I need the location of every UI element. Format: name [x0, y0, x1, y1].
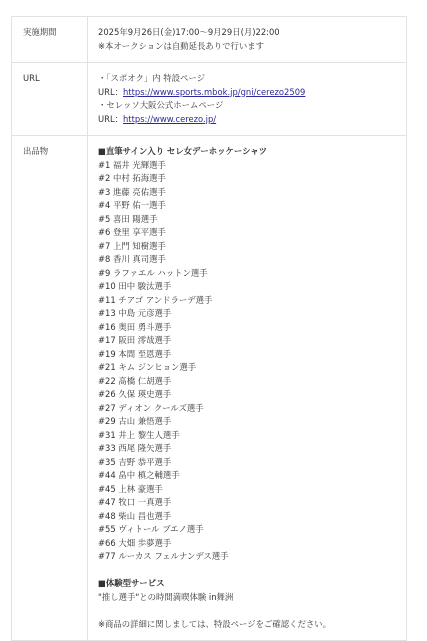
player-item: #35 吉野 恭平選手 [98, 456, 400, 470]
player-item: #16 奥田 勇斗選手 [98, 321, 400, 335]
row-period: 実施期間 2025年9月26日(金)17:00～9月29日(月)22:00 ※本… [12, 17, 407, 63]
period-value: 2025年9月26日(金)17:00～9月29日(月)22:00 ※本オークショ… [88, 17, 407, 63]
player-item: #7 上門 知樹選手 [98, 240, 400, 254]
player-item: #17 阪田 澪哉選手 [98, 334, 400, 348]
spacer [98, 564, 400, 578]
row-items: 出品物 ■直筆サイン入り セレ女デーホッケーシャツ #1 福井 光輝選手#2 中… [12, 136, 407, 641]
player-item: #29 古山 兼悟選手 [98, 415, 400, 429]
player-item: #77 ルーカス フェルナンデス選手 [98, 550, 400, 564]
experience-text: "推し選手"との時間満喫体験 in舞洲 [98, 591, 400, 605]
player-item: #13 中島 元彦選手 [98, 307, 400, 321]
player-item: #31 井上 黎生人選手 [98, 429, 400, 443]
player-item: #9 ラファエル ハットン選手 [98, 267, 400, 281]
player-item: #66 大畑 歩夢選手 [98, 537, 400, 551]
player-item: #21 キム ジンヒョン選手 [98, 361, 400, 375]
items-value: ■直筆サイン入り セレ女デーホッケーシャツ #1 福井 光輝選手#2 中村 拓海… [88, 136, 407, 641]
period-dates: 2025年9月26日(金)17:00～9月29日(月)22:00 [98, 26, 400, 40]
url-prefix: URL： [98, 114, 123, 124]
player-item: #48 柴山 昌也選手 [98, 510, 400, 524]
url-item-title: ・「スポオク」内 特設ページ [98, 72, 400, 86]
period-note: ※本オークションは自動延長ありで行います [98, 40, 400, 54]
link-sports-mbok[interactable]: https://www.sports.mbok.jp/gni/cerezo250… [123, 87, 305, 97]
row-url: URL ・「スポオク」内 特設ページ URL：https://www.sport… [12, 63, 407, 136]
link-cerezo[interactable]: https://www.cerezo.jp/ [123, 114, 216, 124]
player-item: #2 中村 拓海選手 [98, 172, 400, 186]
url-value: ・「スポオク」内 特設ページ URL：https://www.sports.mb… [88, 63, 407, 136]
player-item: #55 ヴィトール ブエノ選手 [98, 523, 400, 537]
player-item: #26 久保 瑛史選手 [98, 388, 400, 402]
player-item: #45 上林 豪選手 [98, 483, 400, 497]
player-item: #22 髙橋 仁胡選手 [98, 375, 400, 389]
details-note: ※商品の詳細に関しましては、特設ページをご確認ください。 [98, 618, 400, 632]
player-item: #3 進藤 亮佑選手 [98, 186, 400, 200]
player-item: #11 チアゴ アンドラーデ選手 [98, 294, 400, 308]
period-label: 実施期間 [12, 17, 88, 63]
player-item: #10 田中 駿汰選手 [98, 280, 400, 294]
player-item: #44 畠中 槙之輔選手 [98, 469, 400, 483]
player-item: #6 登里 享平選手 [98, 226, 400, 240]
url-item-line: URL：https://www.sports.mbok.jp/gni/cerez… [98, 86, 400, 100]
section-title-experience: ■体験型サービス [98, 577, 400, 591]
player-item: #27 ディオン クールズ選手 [98, 402, 400, 416]
player-item: #33 西尾 隆矢選手 [98, 442, 400, 456]
player-item: #1 福井 光輝選手 [98, 159, 400, 173]
url-item-title: ・セレッソ大阪公式ホームページ [98, 99, 400, 113]
player-item: #5 喜田 陽選手 [98, 213, 400, 227]
url-label: URL [12, 63, 88, 136]
player-item: #47 牧口 一真選手 [98, 496, 400, 510]
spacer [98, 604, 400, 618]
player-list: #1 福井 光輝選手#2 中村 拓海選手#3 進藤 亮佑選手#4 平野 佑一選手… [98, 159, 400, 564]
player-item: #4 平野 佑一選手 [98, 199, 400, 213]
url-prefix: URL： [98, 87, 123, 97]
player-item: #8 香川 真司選手 [98, 253, 400, 267]
auction-info-table: 実施期間 2025年9月26日(金)17:00～9月29日(月)22:00 ※本… [11, 16, 407, 640]
url-item-line: URL：https://www.cerezo.jp/ [98, 113, 400, 127]
section-title-shirt: ■直筆サイン入り セレ女デーホッケーシャツ [98, 145, 400, 159]
player-item: #19 本間 至恩選手 [98, 348, 400, 362]
items-label: 出品物 [12, 136, 88, 641]
